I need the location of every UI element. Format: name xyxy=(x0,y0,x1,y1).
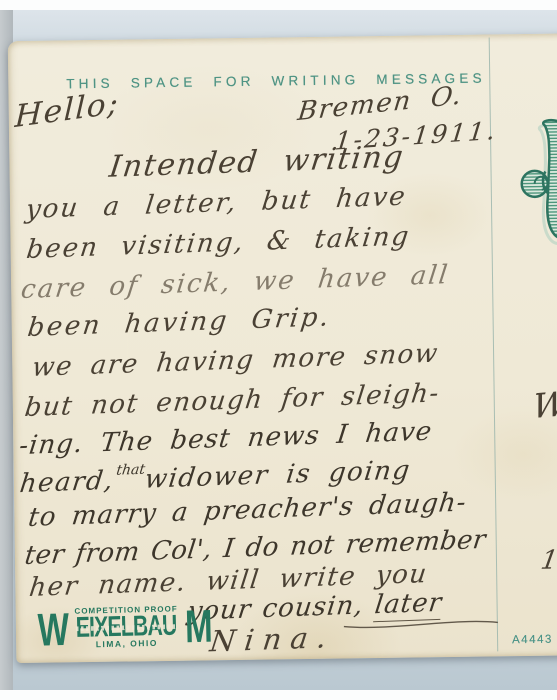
edge-handwriting-fragment: 17 xyxy=(539,545,557,576)
edge-handwriting-fragment: W xyxy=(531,384,557,427)
handwriting-line: you a letter, but have xyxy=(24,182,408,225)
underline-flourish xyxy=(342,614,500,632)
logo-initial-letter: W xyxy=(37,608,68,649)
top-white-border xyxy=(0,0,557,10)
insert-line-after: widower is going xyxy=(143,455,413,494)
logo-name-middle: EIXELBAU xyxy=(76,612,177,642)
handwriting-line: been having Grip. xyxy=(26,302,333,343)
postcard-photo: THIS SPACE FOR WRITING MESSAGES xyxy=(0,0,557,700)
handwriting-signature: Nina. xyxy=(208,620,337,658)
handwriting-line: been visiting, & taking xyxy=(25,222,412,265)
catalog-number: A4443 xyxy=(512,634,553,647)
handwriting-line: care of sick, we have all xyxy=(19,260,451,305)
handwriting-line: -ing. The best news I have xyxy=(17,417,434,461)
handwriting-greeting: Hello; xyxy=(14,85,120,135)
inserted-word-above-line: that xyxy=(115,462,146,479)
handwriting-line: but not enough for sleigh- xyxy=(23,378,442,423)
postcard: THIS SPACE FOR WRITING MESSAGES xyxy=(8,33,557,663)
handwriting-line: Intended writing xyxy=(107,139,406,184)
insert-line-before: heard, xyxy=(18,466,116,499)
logo-center-column: COMPETITION PROOF EIXELBAU LIMA, OHIO xyxy=(67,604,186,650)
handwriting-line: we are having more snow xyxy=(30,339,440,383)
logo-final-letter: M xyxy=(184,605,211,646)
bottom-white-border xyxy=(0,691,557,700)
publisher-logo: W COMPETITION PROOF EIXELBAU LIMA, OHIO … xyxy=(31,604,216,651)
ornate-initial-decoration xyxy=(515,117,557,255)
